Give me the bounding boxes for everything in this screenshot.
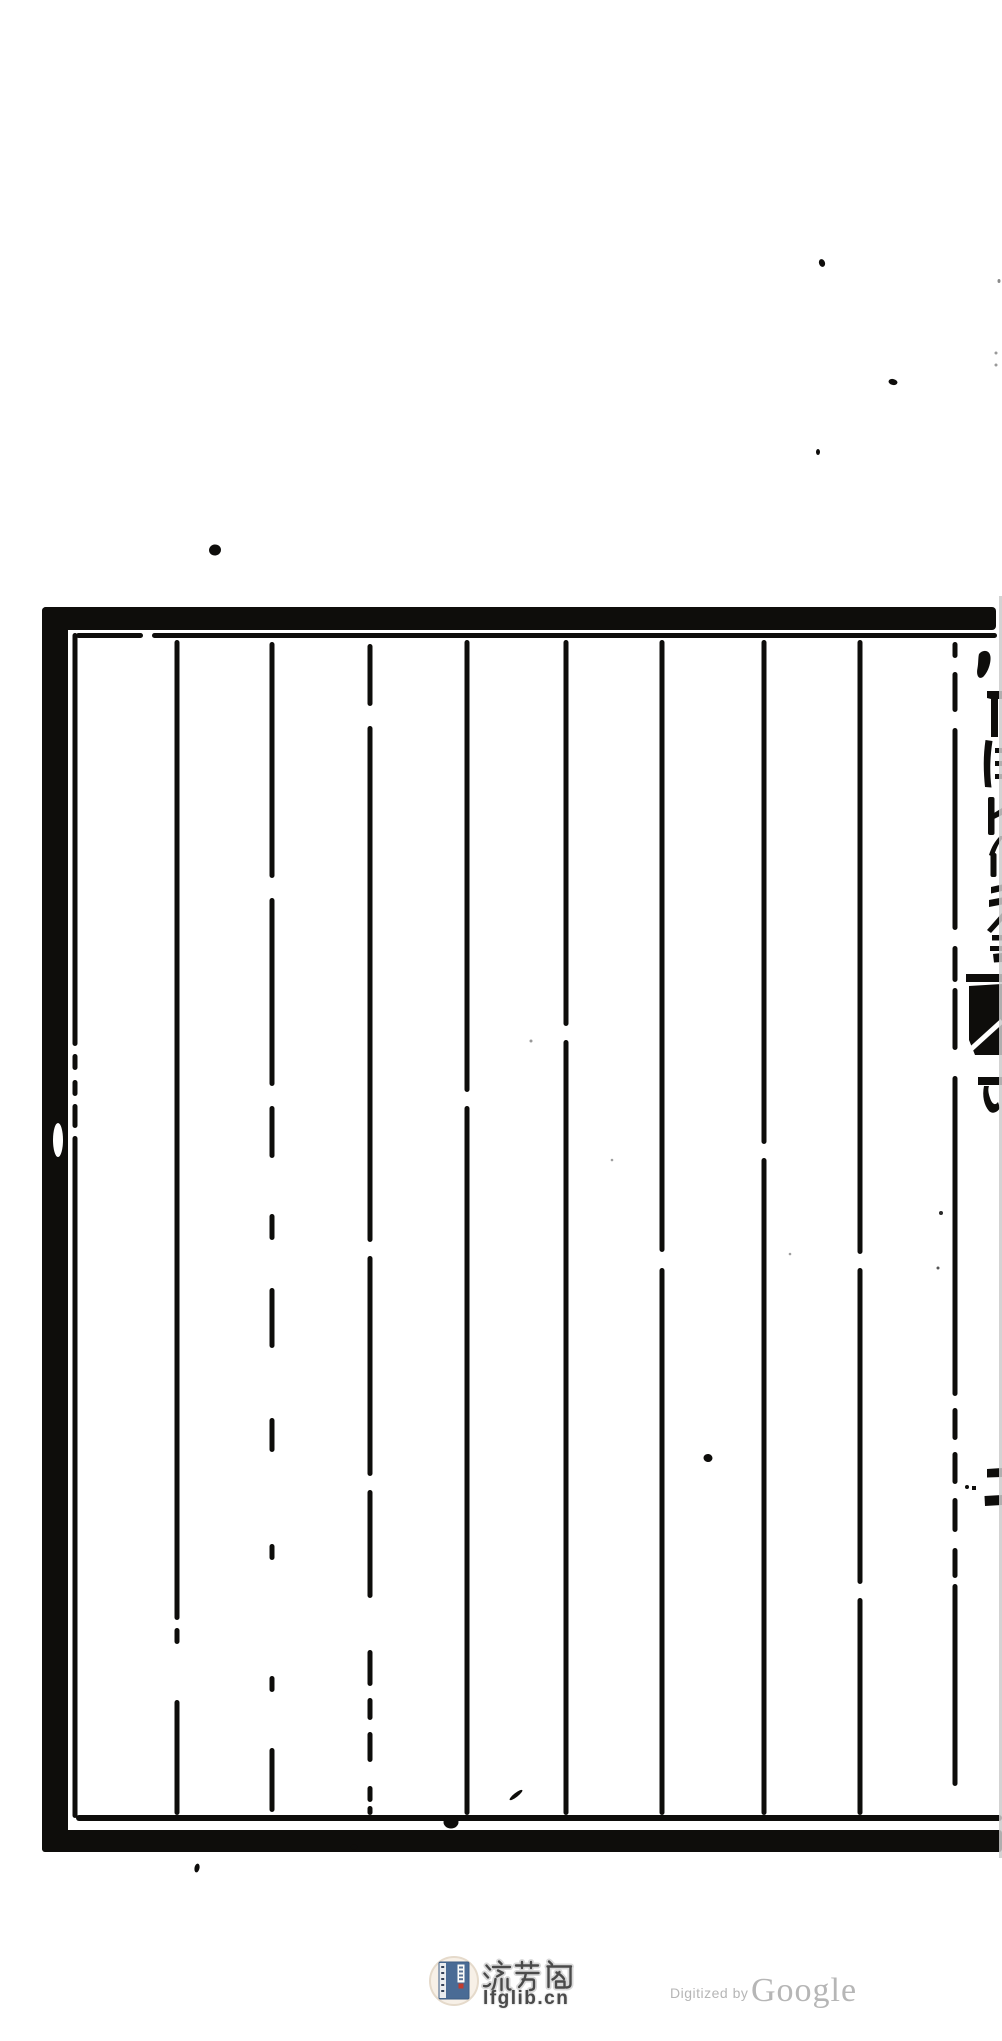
scanned-page: 流芳阁 lfglib.cn Digitized by Google [0,0,1002,2041]
spine-column-fragments [966,651,1002,1506]
column-rule-segment [858,1268,863,1584]
outer-border-left [42,607,68,1852]
column-rule-segment [270,1748,275,1812]
ink-speck [818,258,826,268]
column-rule-segment [953,1076,958,1396]
site-domain: lfglib.cn [483,1988,569,2010]
inner-border-segment [76,1815,1002,1821]
column-rule-segment [953,1584,958,1786]
column-rule-segment [270,642,275,878]
column-rule-segment [368,1806,373,1815]
kanji-fragment-8-hook [983,1086,1000,1113]
ink-specks [194,258,1001,1873]
column-rule-segment [368,644,373,706]
column-rule-segment [73,1104,78,1128]
column-rule-segment [762,1158,767,1815]
kanji-fragment-5-stem [991,853,997,877]
ink-speck [789,1253,792,1256]
ink-speck [998,279,1001,283]
ink-speck [530,1040,533,1043]
column-rule-segment [73,1136,78,1818]
column-rule-segment [858,1598,863,1815]
column-rule-segment [368,1490,373,1598]
column-rule-segment [858,640,863,1254]
google-logo: Google [751,1972,857,2010]
column-rule-segment [953,1548,958,1578]
ink-speck [611,1159,614,1162]
ink-speck [965,1485,969,1489]
column-rule-segment [368,1786,373,1802]
column-rule-segment [953,988,958,1050]
ink-speck [995,352,998,355]
column-rule-segment [270,1288,275,1348]
column-rule-segment [953,946,958,982]
ink-speck [937,1267,940,1270]
column-rule-segment [368,1698,373,1720]
border-wear-nick [53,1123,63,1157]
digitized-by-label: Digitized by [670,1985,748,2001]
column-rule-segment [564,1040,569,1815]
column-rule-segment [270,1544,275,1560]
ink-speck [995,364,998,367]
column-rule-segment [660,640,665,1252]
kanji-fragment-4 [988,797,995,835]
column-rule-segment [368,1732,373,1762]
column-rule-segment [953,672,958,712]
ink-speck [703,1453,713,1462]
column-rule-segment [465,640,470,1092]
column-rule-segment [73,1080,78,1096]
column-rule-segment [953,642,958,658]
column-rule-segment [270,1214,275,1240]
column-rule-segment [73,633,78,1046]
kanji-fragment-1 [977,651,990,678]
column-rule-segment [660,1268,665,1815]
column-rule-segment [368,1650,373,1686]
column-rule-segment [73,1054,78,1070]
inner-border-lines [76,633,1002,1821]
outer-border-bottom [42,1830,1002,1852]
column-rule-segment [368,726,373,1242]
column-rule-segment [270,1418,275,1452]
column-rule-segment [953,1498,958,1532]
inner-border-segment [152,633,997,638]
column-rule-segment [368,1256,373,1476]
column-rule-segment [953,1408,958,1440]
column-lines [73,633,958,1818]
ink-speck [351,1845,358,1850]
ink-speck [444,1816,459,1829]
ink-speck [939,1211,943,1215]
ink-speck [208,544,221,557]
ink-speck [816,449,820,455]
column-rule-segment [175,640,180,1620]
column-rule-segment [270,1106,275,1158]
inner-border-segment [76,633,143,638]
ink-speck [194,1863,201,1873]
spine-divider-dash [966,974,1002,982]
column-rule-segment [270,898,275,1086]
kanji-fragment-8-bar [978,1077,1002,1085]
outer-border-top [42,607,996,630]
folio-dot [972,1486,976,1490]
column-rule-segment [564,640,569,1026]
ink-speck [508,1788,523,1801]
column-rule-segment [270,1676,275,1692]
ink-speck [888,378,898,386]
column-rule-segment [175,1700,180,1815]
column-rule-segment [465,1106,470,1815]
woodblock-frame-art [0,0,1002,2041]
column-rule-segment [953,728,958,930]
column-rule-segment [953,1452,958,1484]
column-rule-segment [762,640,767,1144]
kanji-fragment-3 [984,740,993,788]
column-rule-segment [175,1628,180,1644]
